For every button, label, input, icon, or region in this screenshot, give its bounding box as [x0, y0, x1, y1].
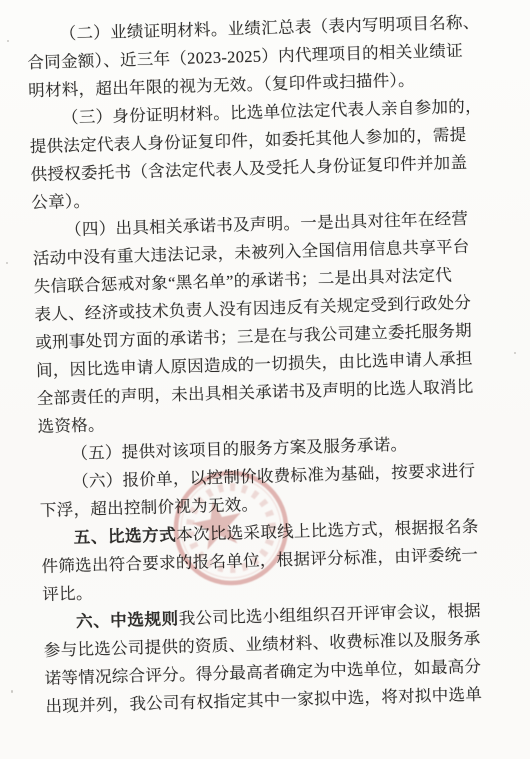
- document-page: （二）业绩证明材料。业绩汇总表（表内写明项目名称、合同金额）、近三年（2023-…: [0, 0, 530, 759]
- scan-speckle: [514, 352, 516, 354]
- body-text: 评比。: [42, 584, 93, 604]
- scan-speckle: [7, 40, 9, 42]
- body-text: 下浮，超出控制价视为无效。: [40, 495, 259, 520]
- body-text: 公章）。: [31, 192, 90, 213]
- scan-speckle: [11, 690, 13, 693]
- body-text: 选资格。: [37, 415, 105, 436]
- scan-speckle: [6, 262, 8, 264]
- body-text: （五）提供对该项目的服务方案及服务承诺。: [71, 435, 407, 463]
- body-text: 我公司比选小组组织召开评审会议，根据: [178, 601, 481, 628]
- text-lines: （二）业绩证明材料。业绩汇总表（表内写明项目名称、合同金额）、近三年（2023-…: [26, 9, 481, 721]
- body-text: 本次比选采取线上比选方式，根据报名条: [176, 517, 479, 544]
- section-heading-text: 五、比选方式: [73, 525, 176, 547]
- section-heading-text: 六、中选规则: [76, 609, 179, 631]
